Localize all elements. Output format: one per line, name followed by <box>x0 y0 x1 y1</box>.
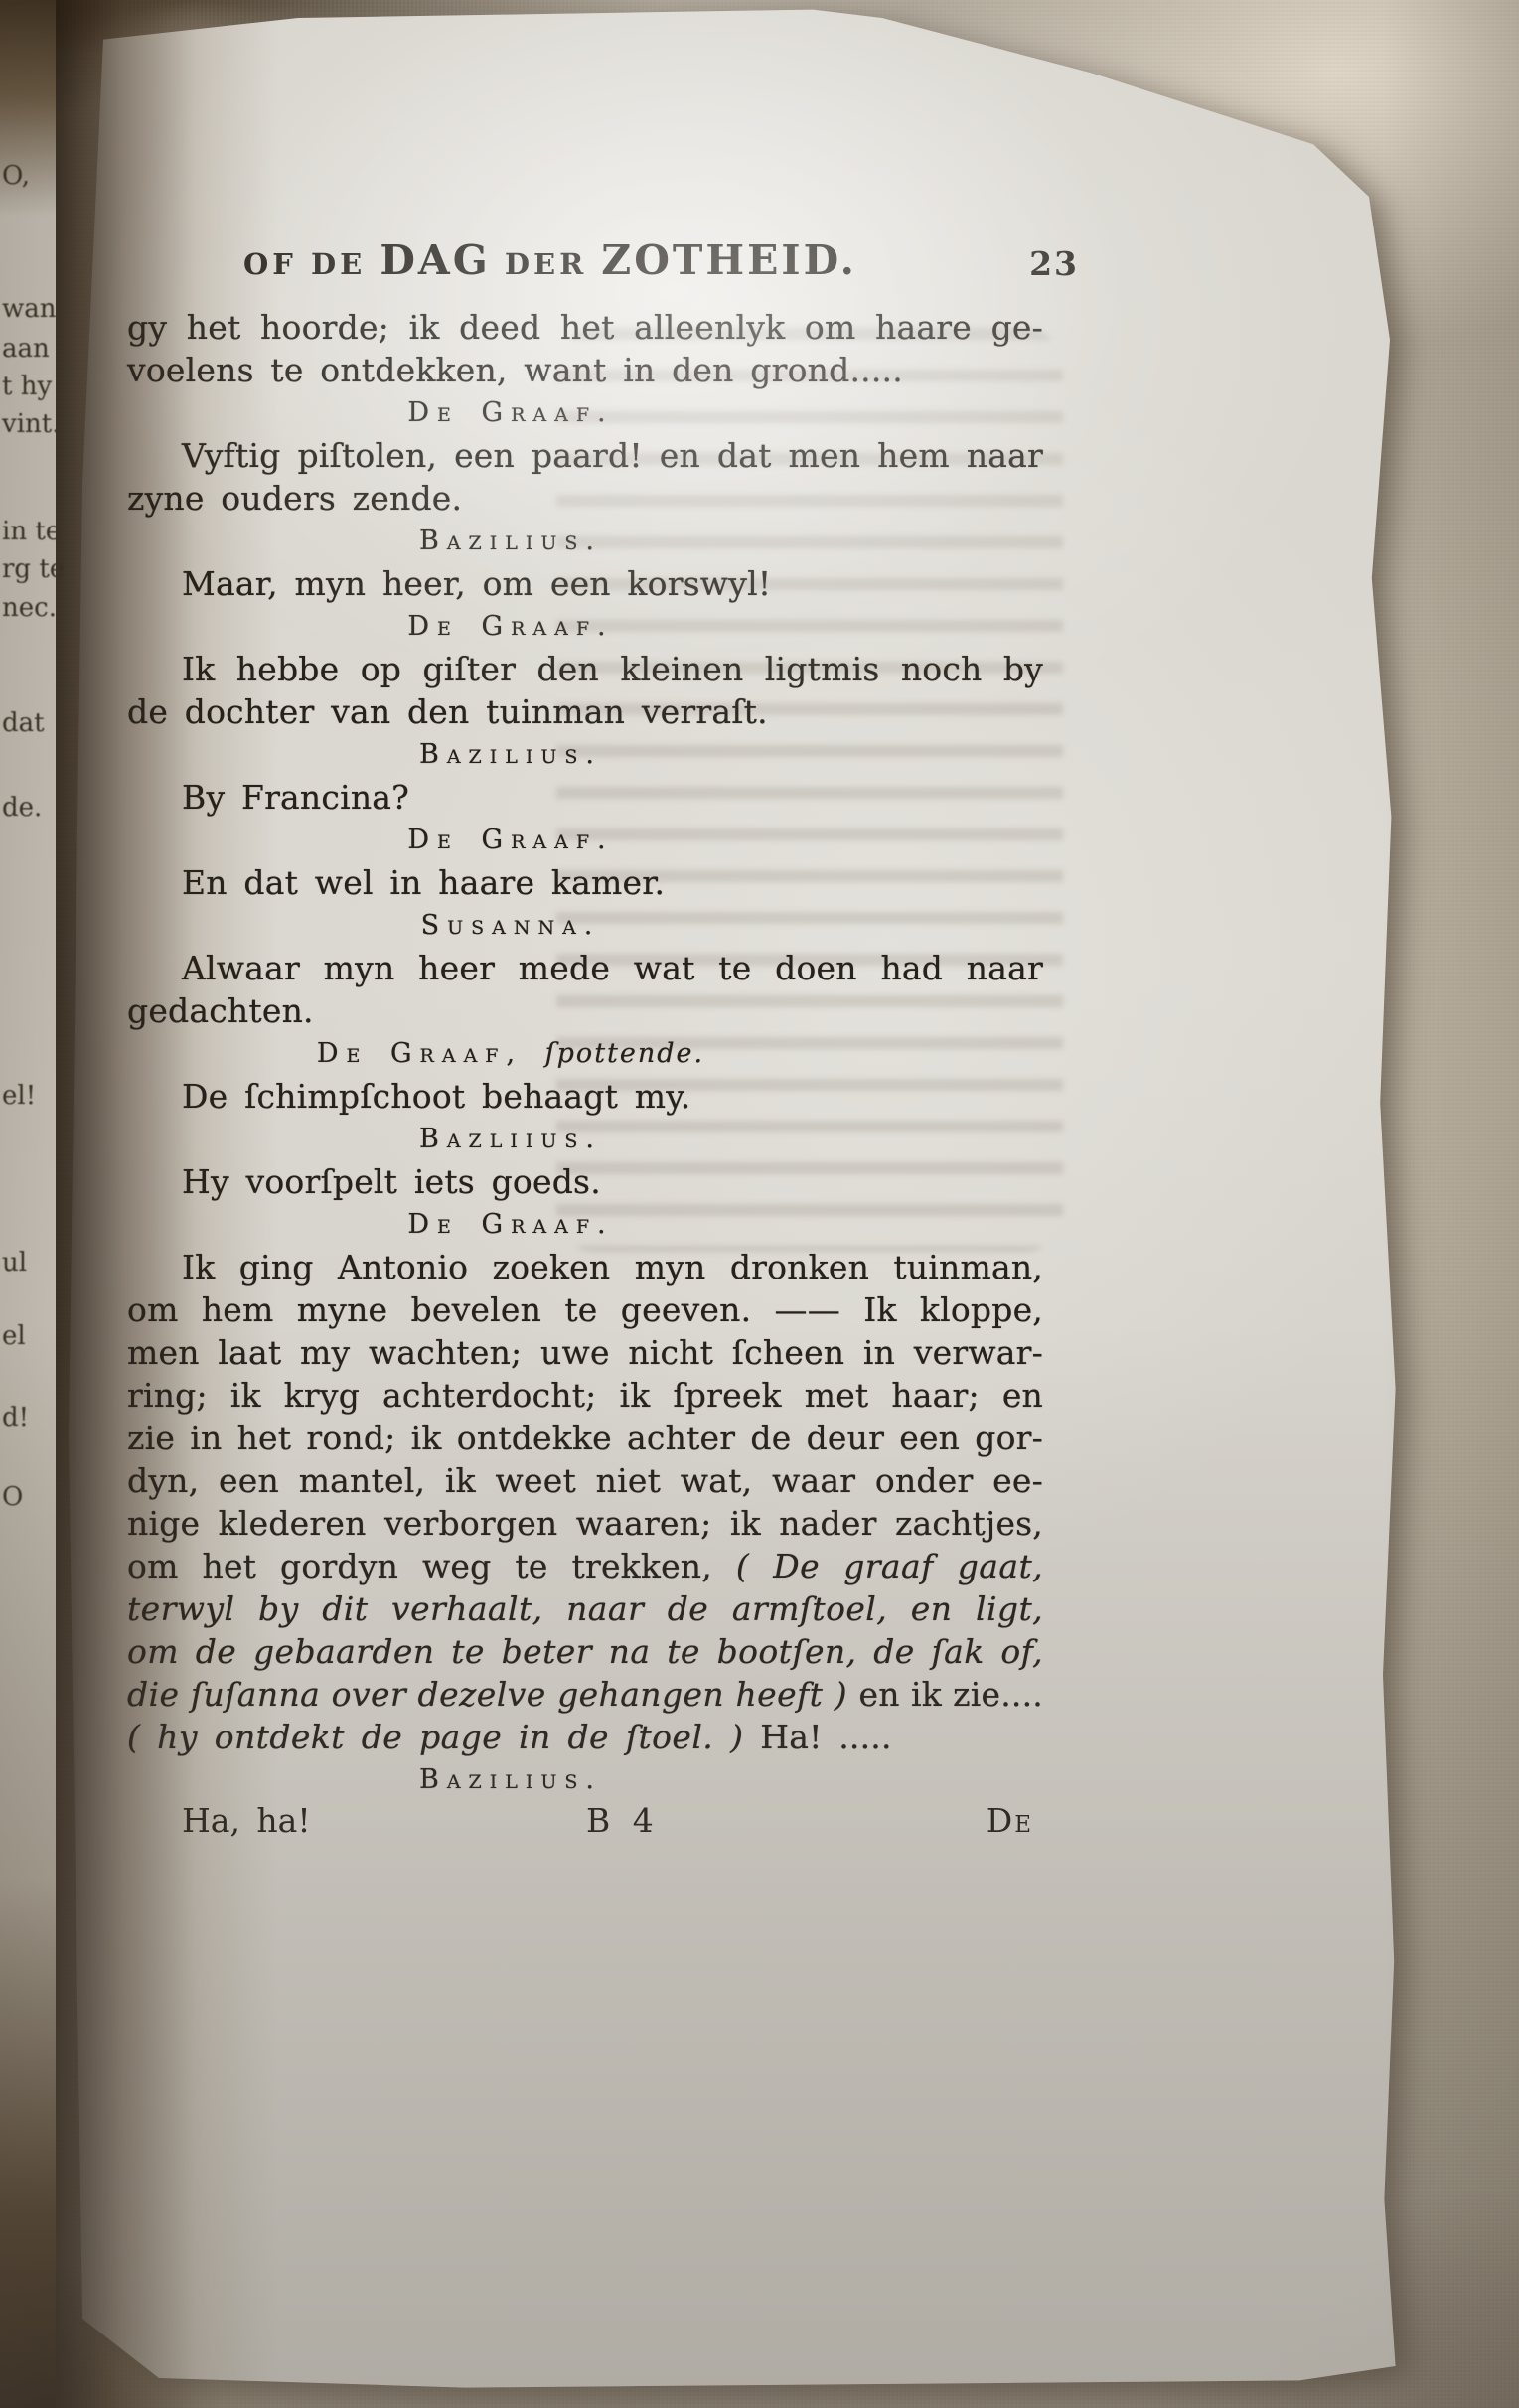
header-segment: DER <box>491 247 602 281</box>
signature-mark: B 4 <box>586 1801 660 1840</box>
text-line: En dat wel in haare kamer. <box>127 861 1043 904</box>
edge-fragment: O <box>2 1482 23 1512</box>
dialogue-lines: gy het hoorde; ik deed het alleenlyk om … <box>127 306 1043 1801</box>
text-line: gedachten. <box>127 989 1043 1032</box>
edge-fragment: O, <box>2 161 30 191</box>
text-line: men laat my wachten; uwe nicht ſcheen in… <box>127 1331 1043 1374</box>
edge-fragment: dat <box>2 708 45 738</box>
text-segment: ( De graaf gaat, <box>736 1547 1043 1585</box>
text-segment: De ſchimpſchoot behaagt my. <box>182 1077 690 1116</box>
text-segment: Bazilius. <box>419 739 602 770</box>
text-segment: om hem myne bevelen te geeven. —— Ik klo… <box>127 1290 1043 1329</box>
text-line: Ik hebbe op giſter den kleinen ligtmis n… <box>127 648 1043 690</box>
edge-fragment: wan <box>2 294 57 324</box>
text-segment: gedachten. <box>127 991 314 1030</box>
text-segment: Hy voorſpelt iets goeds. <box>182 1162 601 1201</box>
text-line: om hem myne bevelen te geeven. —— Ik klo… <box>127 1288 1043 1331</box>
text-segment: Susanna. <box>421 910 601 941</box>
text-segment: zyne ouders zende. <box>127 479 462 518</box>
text-segment: zie in het rond; ik ontdekke achter de d… <box>127 1419 1043 1457</box>
header-title: OF DE DAG DER ZOTHEID. <box>243 259 857 278</box>
text-line: ( hy ontdekt de page in de ſtoel. ) Ha! … <box>127 1716 1043 1758</box>
text-segment: om het gordyn weg te trekken, <box>127 1547 736 1585</box>
edge-fragment: d! <box>2 1403 29 1432</box>
text-segment: Ik ging Antonio zoeken myn dronken tuinm… <box>182 1248 1043 1286</box>
edge-fragment: t hy <box>2 372 52 401</box>
text-segment: De Graaf. <box>407 397 613 428</box>
text-segment: gy het hoorde; ik deed het alleenlyk om … <box>127 308 1043 347</box>
text-line: om de gebaarden te beter na te bootſen, … <box>127 1630 1043 1673</box>
text-segment: dyn, een mantel, ik weet niet wat, waar … <box>127 1461 1043 1500</box>
edge-fragment: el <box>2 1321 26 1351</box>
text-segment: de dochter van den tuinman verraſt. <box>127 692 768 731</box>
text-segment: terwyl by dit verhaalt, naar de armſtoel… <box>127 1589 1043 1628</box>
speaker-heading: Bazilius. <box>127 733 1043 776</box>
text-line: voelens te ontdekken, want in den grond.… <box>127 349 1043 391</box>
edge-fragment: ul <box>2 1248 27 1278</box>
text-segment: Maar, myn heer, om een korswyl! <box>182 564 771 603</box>
running-header: OF DE DAG DER ZOTHEID. 23 <box>127 236 1043 290</box>
text-segment: men laat my wachten; uwe nicht ſcheen in… <box>127 1333 1043 1372</box>
text-segment: De Graaf. <box>407 1209 613 1240</box>
text-segment: Bazilius. <box>419 526 602 556</box>
catchword: De <box>987 1801 1033 1840</box>
text-line: Ik ging Antonio zoeken myn dronken tuinm… <box>127 1246 1043 1288</box>
text-line: By Francina? <box>127 776 1043 819</box>
text-line: gy het hoorde; ik deed het alleenlyk om … <box>127 306 1043 349</box>
text-line: terwyl by dit verhaalt, naar de armſtoel… <box>127 1587 1043 1630</box>
speaker-heading: Bazilius. <box>127 1758 1043 1801</box>
header-segment: OF DE <box>243 247 380 281</box>
text-line: Maar, myn heer, om een korswyl! <box>127 562 1043 605</box>
text-line: zyne ouders zende. <box>127 477 1043 520</box>
book-photo: { "page": { "header": { "segments": [ {"… <box>0 0 1519 2408</box>
text-segment: Alwaar myn heer mede wat te doen had naa… <box>182 949 1043 987</box>
text-segment: om de gebaarden te beter na te bootſen, … <box>127 1632 1043 1671</box>
speaker-heading: De Graaf. <box>127 391 1043 434</box>
speaker-heading: De Graaf. <box>127 1203 1043 1246</box>
edge-fragment: vint. <box>2 409 60 439</box>
text-segment: Bazliius. <box>419 1124 602 1154</box>
speaker-heading: De Graaf, ſpottende. <box>127 1032 1043 1075</box>
footer-line: Ha, ha! B 4 De <box>127 1801 1043 1844</box>
facing-page-edge: O,wanaant hyvint.in terg tenec.datde.el!… <box>0 0 56 2408</box>
text-segment: De Graaf. <box>407 611 613 642</box>
text-segment: By Francina? <box>182 778 409 817</box>
edge-fragment: nec. <box>2 593 57 623</box>
header-segment: ZOTHEID. <box>601 236 857 284</box>
text-segment: Ik hebbe op giſter den kleinen ligtmis n… <box>182 650 1043 688</box>
text-line: nige klederen verborgen waaren; ik nader… <box>127 1502 1043 1545</box>
text-segment: Ha! ..... <box>760 1718 891 1756</box>
text-line: dyn, een mantel, ik weet niet wat, waar … <box>127 1459 1043 1502</box>
text-segment: De Graaf, <box>317 1038 545 1069</box>
text-line: De ſchimpſchoot behaagt my. <box>127 1075 1043 1118</box>
edge-fragment: de. <box>2 793 42 823</box>
text-line: om het gordyn weg te trekken, ( De graaf… <box>127 1545 1043 1587</box>
text-segment: De Graaf. <box>407 825 613 855</box>
page-number: 23 <box>1029 244 1079 283</box>
text-segment: ( hy ontdekt de page in de ſtoel. ) <box>127 1718 760 1756</box>
text-line: zie in het rond; ik ontdekke achter de d… <box>127 1417 1043 1459</box>
speaker-heading: Bazilius. <box>127 520 1043 562</box>
edge-fragment: in te <box>2 517 61 546</box>
text-segment: Vyftig piſtolen, een paard! en dat men h… <box>182 436 1043 475</box>
text-segment: voelens te ontdekken, want in den grond.… <box>127 351 903 389</box>
speaker-heading: Bazliius. <box>127 1118 1043 1160</box>
text-line: de dochter van den tuinman verraſt. <box>127 690 1043 733</box>
text-segment: ſpottende. <box>545 1038 704 1069</box>
text-segment: En dat wel in haare kamer. <box>182 863 665 902</box>
edge-fragment: el! <box>2 1081 36 1111</box>
text-segment: Bazilius. <box>419 1764 602 1795</box>
text-segment: ring; ik kryg achterdocht; ik ſpreek met… <box>127 1376 1043 1415</box>
speaker-heading: Susanna. <box>127 904 1043 947</box>
text-segment: die ſuſanna over dezelve gehangen heeft … <box>127 1675 859 1714</box>
dialogue-continuation: Ha, ha! <box>182 1801 311 1840</box>
text-block: OF DE DAG DER ZOTHEID. 23 gy het hoorde;… <box>127 236 1043 1844</box>
speaker-heading: De Graaf. <box>127 819 1043 861</box>
text-segment: nige klederen verborgen waaren; ik nader… <box>127 1504 1043 1543</box>
header-segment: DAG <box>380 236 490 284</box>
speaker-heading: De Graaf. <box>127 605 1043 648</box>
text-line: die ſuſanna over dezelve gehangen heeft … <box>127 1673 1043 1716</box>
edge-fragment: aan <box>2 334 50 364</box>
text-segment: en ik zie.... <box>859 1675 1044 1714</box>
text-line: Hy voorſpelt iets goeds. <box>127 1160 1043 1203</box>
text-line: Vyftig piſtolen, een paard! en dat men h… <box>127 434 1043 477</box>
text-line: Alwaar myn heer mede wat te doen had naa… <box>127 947 1043 989</box>
edge-fragment: rg te <box>2 554 65 584</box>
text-line: ring; ik kryg achterdocht; ik ſpreek met… <box>127 1374 1043 1417</box>
